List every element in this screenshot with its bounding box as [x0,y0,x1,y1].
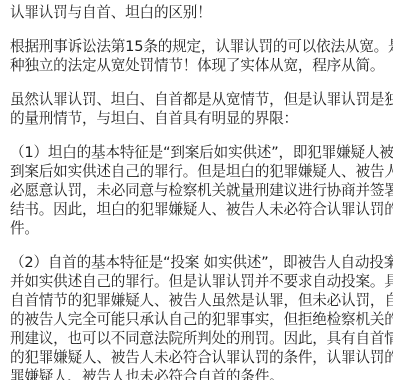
text-line: 自首情节的犯罪嫌疑人、被告人虽然是认罪，但未必认罚，自首 [10,291,390,310]
paragraph-legal-basis: 根据刑事诉讼法第15条的规定，认罪认罚的可以依法从宽。是一 种独立的法定从宽处罚… [10,37,390,75]
text-line: 罪嫌疑人、被告人也未必符合自首的条件。 [10,367,390,380]
text-line: 必愿意认罚，未必同意与检察机关就量刑建议进行协商并签署具 [10,181,390,200]
text-line: 的犯罪嫌疑人、被告人未必符合认罪认罚的条件，认罪认罚的犯 [10,348,390,367]
text-line: （1）坦白的基本特征是“到案后如实供述”，即犯罪嫌疑人被动 [10,143,390,162]
text-line: 到案后如实供述自己的罪行。但是坦白的犯罪嫌疑人、被告人未 [10,162,390,181]
text-line: 件。 [10,219,390,238]
text-line: （2）自首的基本特征是“投案 如实供述”，即被告人自动投案 [10,253,390,272]
paragraph-surrender-zishou: （2）自首的基本特征是“投案 如实供述”，即被告人自动投案 并如实供述自己的罪行… [10,253,390,380]
text-line: 种独立的法定从宽处罚情节！体现了实体从宽，程序从简。 [10,56,390,75]
text-line: 虽然认罪认罚、坦白、自首都是从宽情节，但是认罪认罚是独立 [10,90,390,109]
text-line: 的量刑情节，与坦白、自首具有明显的界限： [10,109,390,128]
document-title: 认罪认罚与自首、坦白的区别！ [10,3,390,22]
text-line: 的被告人完全可能只承认自己的犯罪事实，但拒绝检察机关的量 [10,310,390,329]
paragraph-confession-tanbai: （1）坦白的基本特征是“到案后如实供述”，即犯罪嫌疑人被动 到案后如实供述自己的… [10,143,390,238]
paragraph-gap [10,22,390,37]
paragraph-gap [10,128,390,143]
text-line: 并如实供述自己的罪行。但是认罪认罚并不要求自动投案。具有 [10,272,390,291]
paragraph-gap [10,75,390,90]
text-line: 根据刑事诉讼法第15条的规定，认罪认罚的可以依法从宽。是一 [10,37,390,56]
text-line: 刑建议，也可以不同意法院所判处的刑罚。因此，具有自首情节 [10,329,390,348]
paragraph-gap [10,238,390,253]
document-body: 认罪认罚与自首、坦白的区别！ 根据刑事诉讼法第15条的规定，认罪认罚的可以依法从… [10,3,390,380]
paragraph-distinction-intro: 虽然认罪认罚、坦白、自首都是从宽情节，但是认罪认罚是独立 的量刑情节，与坦白、自… [10,90,390,128]
text-line: 结书。因此，坦白的犯罪嫌疑人、被告人未必符合认罪认罚的条 [10,200,390,219]
